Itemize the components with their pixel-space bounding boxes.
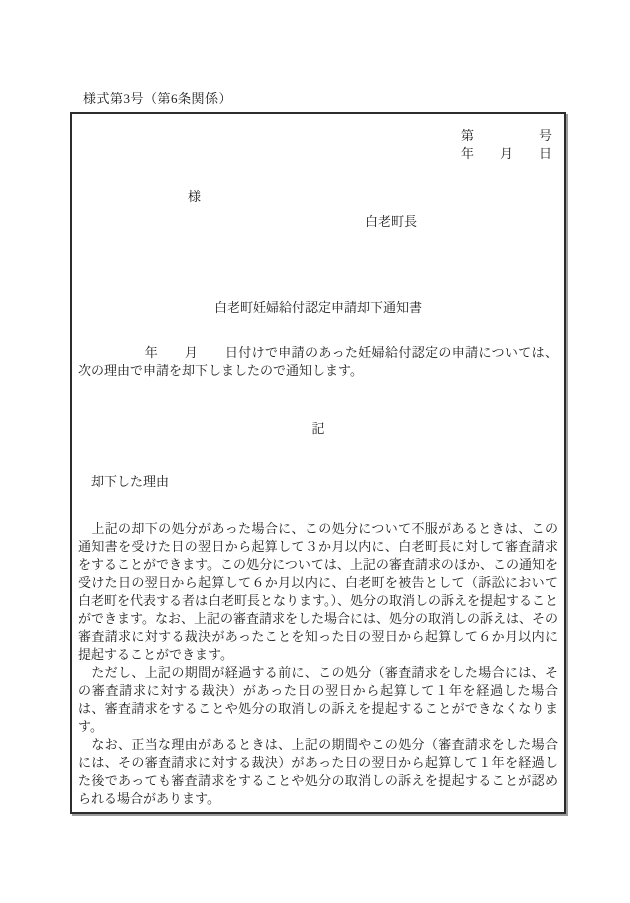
document-page: 様式第3号（第6条関係） 第 号 年 月 日 様 白老町長 白老町妊婦給付認定申…	[0, 0, 630, 903]
appeal-paragraph-1: 上記の却下の処分があった場合に、この処分について不服があるときは、この通知書を受…	[78, 520, 558, 664]
document-title: 白老町妊婦給付認定申請却下通知書	[78, 299, 558, 317]
addressee-honorific: 様	[188, 188, 558, 206]
document-number-block: 第 号 年 月 日	[78, 127, 558, 163]
form-number-label: 様式第3号（第6条関係）	[83, 90, 232, 108]
appeal-instructions-block: 上記の却下の処分があった場合に、この処分について不服があるときは、この通知書を受…	[78, 520, 558, 808]
document-date-line: 年 月 日	[78, 145, 552, 163]
appeal-paragraph-2: ただし、上記の期間が経過する前に、この処分（審査請求をした場合には、その審査請求…	[78, 664, 558, 736]
rejection-reason-label: 却下した理由	[78, 473, 558, 491]
sender-name: 白老町長	[365, 213, 558, 231]
ki-marker: 記	[78, 420, 558, 438]
document-number-line: 第 号	[78, 127, 552, 145]
intro-paragraph: 年 月 日付けで申請のあった妊婦給付認定の申請については、次の理由で申請を却下し…	[78, 344, 558, 380]
notice-document-frame: 第 号 年 月 日 様 白老町長 白老町妊婦給付認定申請却下通知書 年 月 日付…	[70, 112, 566, 814]
appeal-paragraph-3: なお、正当な理由があるときは、上記の期間やこの処分（審査請求をした場合には、その…	[78, 736, 558, 808]
